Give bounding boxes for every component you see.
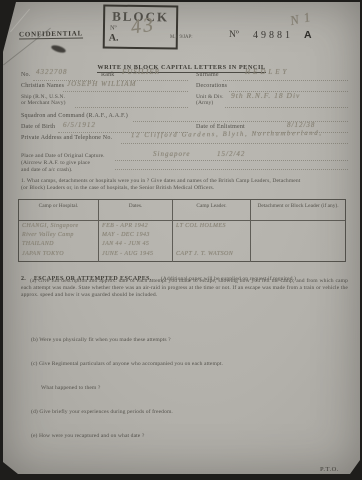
reference-no-label: Nº [229,30,239,40]
table-header-dates: Dates. [99,200,173,221]
field-label-ship-2: or Merchant Navy) [21,100,66,106]
table-header-detachment: Detachment or Block Leader (if any). [251,200,345,221]
field-label-decorations: Decorations [196,83,227,89]
table-entry [254,223,342,232]
field-label-date-of-enlistment: Date of Enlistment [196,124,245,130]
field-label-surname: Surname [196,72,219,78]
table-cell-leader: LT COL HOLMES CAPT J. T. WATSON [173,221,251,262]
field-value-date-of-enlistment: 8/12/38 [287,121,315,129]
table-entry: LT COL HOLMES [176,223,247,232]
reference-serial-number: 49881 [253,30,293,41]
table-entry: River Valley Camp [22,232,95,241]
form-page: CONFIDENTIAL BLOCK Nº A. 43 M.I. 9/JAP: … [3,2,360,474]
table-entry: JAPAN TOKYO [22,251,95,260]
question-1-line-1: 1. What camps, detachments or hospitals … [21,178,300,184]
dotted-line [225,106,348,108]
stamp-handwritten-number: 43 [130,14,157,40]
table-entry [254,241,342,250]
table-entry: THAILAND [22,241,95,250]
field-label-no: No. [21,72,30,78]
table-entry: FEB - APR 1942 [102,223,169,232]
field-value-date-of-birth: 6/5/1912 [63,121,96,129]
dotted-line [133,120,348,122]
field-value-private-address: 12 Clifford Gardens, Blyth, Northumberla… [131,130,323,139]
field-label-christian-names: Christian Names [21,83,64,89]
table-cell-detachment [251,221,345,262]
question-2d: (d) Give briefly your experiences during… [31,409,173,415]
table-header-camp: Camp or Hospital. [19,200,99,221]
dotted-line [223,79,348,81]
dotted-line [115,168,348,170]
question-2b: (b) Were you physically fit when you mad… [31,337,171,343]
question-2e: (e) How were you recaptured and on what … [31,433,144,439]
field-label-capture-1: Place and Date of Original Capture. [21,153,105,159]
dotted-line [63,90,188,92]
stamp-no-label: Nº [110,25,117,32]
camps-table: Camp or Hospital. Dates. Camp Leader. De… [18,199,346,262]
table-cell-camp: CHANGI, Singapore River Valley Camp THAI… [19,221,99,262]
table-entry [176,232,247,241]
reference-suffix: A [304,29,312,41]
ink-smudge [50,44,66,54]
table-entry: JAN 44 - JUN 45 [102,241,169,250]
table-entry: CAPT J. T. WATSON [176,251,247,260]
photo-background: CONFIDENTIAL BLOCK Nº A. 43 M.I. 9/JAP: … [0,0,362,480]
stamp-letter: A. [109,33,119,44]
dotted-line [115,159,348,161]
question-2c-followup: What happened to them ? [41,385,100,391]
field-label-unit-2: (Army) [196,100,213,106]
field-value-christian-names: JOSEPH WILLIAM [67,80,136,88]
table-entry [254,232,342,241]
table-entry [176,241,247,250]
please-turn-over: P.T.O. [320,466,339,473]
question-2a: (a) Give full description and approx. da… [21,278,348,300]
classification-marking: CONFIDENTIAL [19,29,83,39]
field-label-capture-3: and date of a/c crash). [21,167,73,173]
question-2c: (c) Give Regimental particulars of anyon… [31,361,223,367]
table-entry: CHANGI, Singapore [22,223,95,232]
office-reference-label: M.I. 9/JAP: [170,35,193,40]
block-number-stamp: BLOCK Nº A. 43 [103,4,179,49]
dotted-line [75,106,188,108]
field-label-rank: Rank [101,72,114,78]
paper-crease [10,9,30,33]
field-value-rank: FUSILIER [122,68,160,76]
field-label-capture-2: (Aircrew R.A.F. to give place [21,160,90,166]
field-label-private-address: Private Address and Telephone No. [21,135,112,141]
table-cell-dates: FEB - APR 1942 MAY - DEC 1943 JAN 44 - J… [99,221,173,262]
handwritten-corner-note: N 1 [289,9,313,29]
field-value-no: 4322708 [36,68,68,76]
table-entry: MAY - DEC 1943 [102,232,169,241]
field-value-unit: 9th R.N.F. 18 Div [231,91,300,100]
field-label-squadron: Squadron and Command (R.A.F., A.A.F.) [21,113,128,119]
field-value-surname: HEDLEY [245,68,289,76]
field-value-capture-place: Singapore [153,150,191,158]
table-header-leader: Camp Leader. [173,200,251,221]
table-entry [254,251,342,260]
field-label-date-of-birth: Date of Birth [21,124,55,130]
field-value-capture-date: 15/2/42 [217,150,245,158]
dotted-line [121,142,348,144]
question-1-line-2: (or Block) Leaders or, in the case of ho… [21,185,214,191]
table-entry: JUNE - AUG 1945 [102,251,169,260]
